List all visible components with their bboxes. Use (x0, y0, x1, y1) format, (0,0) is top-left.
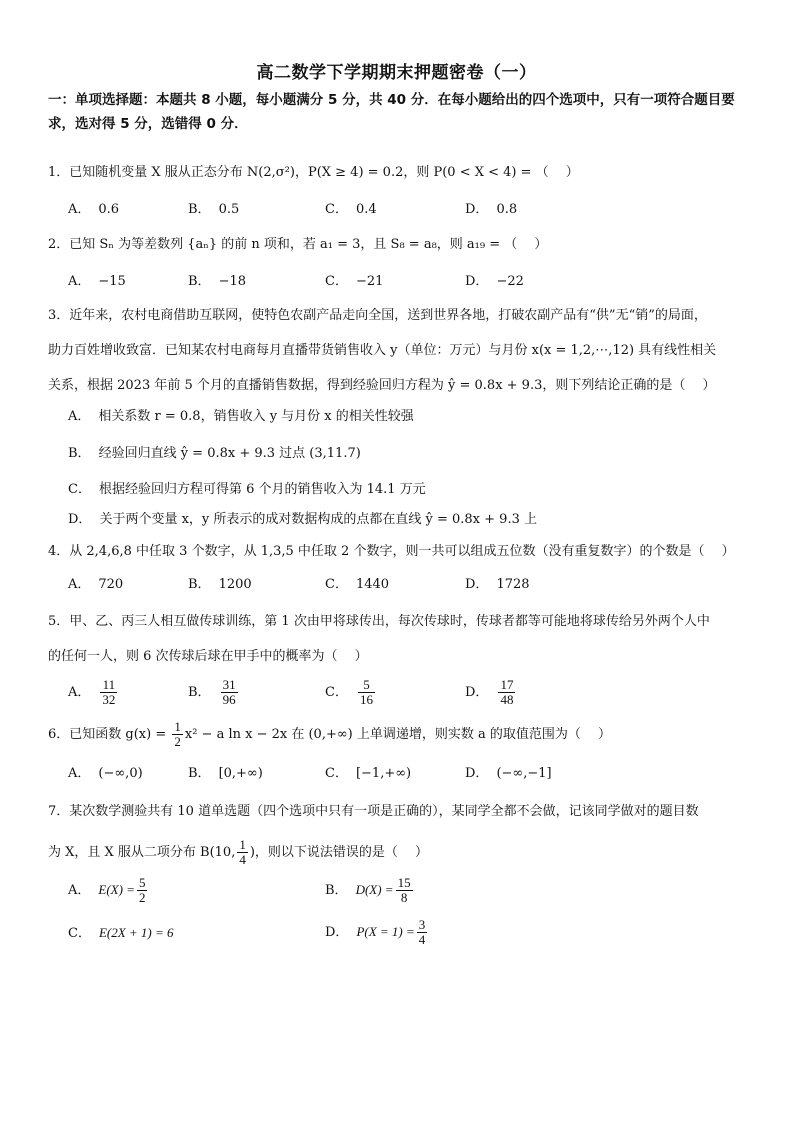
option-text: −22 (496, 274, 523, 289)
q5-option-b[interactable]: B．3196 (188, 678, 240, 707)
q6-option-a[interactable]: A．(−∞,0) (68, 764, 143, 784)
option-label: D． (465, 577, 488, 592)
fraction: 3196 (221, 678, 238, 707)
numerator: 5 (358, 678, 375, 693)
option-text: 1728 (496, 577, 529, 592)
fraction: 52 (137, 876, 148, 905)
q5-option-a[interactable]: A．1132 (68, 678, 119, 707)
option-text: 相关系数 r = 0.8，销售收入 y 与月份 x 的相关性较强 (98, 409, 413, 424)
fraction: 1132 (100, 678, 117, 707)
option-label: D． (68, 512, 91, 527)
denominator: 4 (237, 853, 248, 867)
question-number: 1． (48, 165, 69, 180)
q4-option-d[interactable]: D．1728 (465, 575, 530, 595)
option-text: (−∞,−1] (496, 766, 551, 781)
option-label: C． (325, 766, 348, 781)
q7-option-b[interactable]: B．D(X) =158 (325, 876, 415, 905)
option-label: B． (188, 685, 211, 700)
question-text: x² − a ln x − 2x 在 (0,+∞) 上单调递增，则实数 a 的取… (185, 727, 611, 742)
denominator: 2 (172, 735, 183, 749)
option-label: B． (68, 446, 91, 461)
option-label: A． (68, 274, 90, 289)
q7-option-c[interactable]: C．E(2X + 1) = 6 (68, 923, 174, 944)
question-text: 近年来，农村电商借助互联网，使特色农副产品走向全国，送到世界各地，打破农副产品有… (69, 308, 707, 323)
option-label: D． (465, 766, 488, 781)
numerator: 15 (396, 876, 413, 891)
option-text: −15 (98, 274, 125, 289)
option-text: 1200 (219, 577, 252, 592)
denominator: 2 (137, 891, 148, 905)
q7-option-d[interactable]: D．P(X = 1) =34 (325, 918, 429, 947)
question-text: 甲、乙、丙三人相互做传球训练，第 1 次由甲将球传出，每次传球时，传球者都等可能… (69, 614, 710, 629)
option-text: 1440 (356, 577, 389, 592)
q3-option-a[interactable]: A．相关系数 r = 0.8，销售收入 y 与月份 x 的相关性较强 (68, 407, 414, 427)
numerator: 11 (100, 678, 117, 693)
q1-option-a[interactable]: A．0.6 (68, 200, 119, 220)
numerator: 1 (172, 720, 183, 735)
option-text: P(X = 1) = (356, 924, 414, 939)
denominator: 16 (358, 693, 375, 707)
denominator: 48 (498, 693, 515, 707)
option-label: B． (188, 766, 211, 781)
option-label: B． (325, 883, 348, 898)
option-text: 关于两个变量 x，y 所表示的成对数据构成的点都在直线 ŷ = 0.8x + 9… (99, 512, 537, 527)
q3-option-b[interactable]: B．经验回归直线 ŷ = 0.8x + 9.3 过点 (3,11.7) (68, 444, 361, 464)
option-text: E(2X + 1) = 6 (99, 925, 174, 940)
option-text: (−∞,0) (98, 766, 142, 781)
question-number: 7． (48, 804, 69, 819)
option-label: D． (325, 925, 348, 940)
option-label: C． (325, 274, 348, 289)
exam-page: 高二数学下学期期末押题密卷（一） 一：单项选择题：本题共 8 小题，每小题满分 … (0, 0, 793, 1122)
option-text: [−1,+∞) (356, 766, 411, 781)
fraction: 34 (417, 918, 428, 947)
fraction: 1748 (498, 678, 515, 707)
option-label: A． (68, 766, 90, 781)
fraction: 14 (237, 838, 248, 867)
option-text: 0.5 (219, 202, 240, 217)
q4-option-c[interactable]: C．1440 (325, 575, 389, 595)
question-number: 2． (48, 237, 69, 252)
option-label: D． (465, 685, 488, 700)
option-text: 0.6 (98, 202, 119, 217)
q5-option-c[interactable]: C．516 (325, 678, 377, 707)
question-text: 从 2,4,6,8 中任取 3 个数字，从 1,3,5 中任取 2 个数字，则一… (69, 544, 734, 559)
option-label: A． (68, 202, 90, 217)
q3-option-d[interactable]: D．关于两个变量 x，y 所表示的成对数据构成的点都在直线 ŷ = 0.8x +… (68, 510, 537, 530)
option-label: A． (68, 883, 90, 898)
denominator: 96 (221, 693, 238, 707)
option-text: [0,+∞) (219, 766, 263, 781)
fraction: 12 (172, 720, 183, 749)
option-label: A． (68, 409, 90, 424)
denominator: 32 (100, 693, 117, 707)
option-label: B． (188, 274, 211, 289)
option-text: −21 (356, 274, 383, 289)
option-label: B． (188, 202, 211, 217)
fraction: 158 (396, 876, 413, 905)
question-5: 5．甲、乙、丙三人相互做传球训练，第 1 次由甲将球传出，每次传球时，传球者都等… (48, 612, 710, 632)
numerator: 17 (498, 678, 515, 693)
question-3: 3．近年来，农村电商借助互联网，使特色农副产品走向全国，送到世界各地，打破农副产… (48, 306, 707, 326)
q1-option-c[interactable]: C．0.4 (325, 200, 377, 220)
question-3-line-3: 关系，根据 2023 年前 5 个月的直播销售数据，得到经验回归方程为 ŷ = … (48, 376, 716, 396)
numerator: 1 (237, 838, 248, 853)
q2-option-b[interactable]: B．−18 (188, 272, 246, 292)
question-text: )，则以下说法错误的是（ ） (250, 845, 428, 860)
option-label: A． (68, 685, 90, 700)
question-text: 某次数学测验共有 10 道单选题（四个选项中只有一项是正确的），某同学全都不会做… (69, 804, 698, 819)
fraction: 516 (358, 678, 375, 707)
q2-option-c[interactable]: C．−21 (325, 272, 383, 292)
option-label: C． (325, 577, 348, 592)
question-2: 2．已知 Sₙ 为等差数列 {aₙ} 的前 n 项和，若 a₁ = 3，且 S₈… (48, 235, 547, 255)
numerator: 5 (137, 876, 148, 891)
option-text: 根据经验回归方程可得第 6 个月的销售收入为 14.1 万元 (99, 482, 426, 497)
option-text: −18 (219, 274, 246, 289)
denominator: 4 (417, 933, 428, 947)
q2-option-d[interactable]: D．−22 (465, 272, 524, 292)
question-5-line-2: 的任何一人，则 6 次传球后球在甲手中的概率为（ ） (48, 647, 368, 667)
q1-option-d[interactable]: D．0.8 (465, 200, 517, 220)
option-text: E(X) = (98, 882, 135, 897)
q6-option-b[interactable]: B．[0,+∞) (188, 764, 263, 784)
numerator: 31 (221, 678, 238, 693)
question-3-line-2: 助力百姓增收致富．已知某农村电商每月直播带货销售收入 y（单位：万元）与月份 x… (48, 341, 716, 361)
option-text: 0.4 (356, 202, 377, 217)
q2-option-a[interactable]: A．−15 (68, 272, 126, 292)
q6-option-d[interactable]: D．(−∞,−1] (465, 764, 552, 784)
q5-option-d[interactable]: D．1748 (465, 678, 517, 707)
question-7-line-2: 为 X，且 X 服从二项分布 B(10,14)，则以下说法错误的是（ ） (48, 838, 428, 867)
option-label: B． (188, 577, 211, 592)
question-4: 4．从 2,4,6,8 中任取 3 个数字，从 1,3,5 中任取 2 个数字，… (48, 542, 735, 562)
option-label: D． (465, 274, 488, 289)
option-label: C． (68, 482, 91, 497)
question-number: 3． (48, 308, 69, 323)
option-text: D(X) = (356, 882, 394, 897)
question-text: 已知随机变量 X 服从正态分布 N(2,σ²)，P(X ≥ 4) = 0.2，则… (69, 165, 579, 180)
q4-option-a[interactable]: A．720 (68, 575, 123, 595)
option-label: C． (325, 685, 348, 700)
option-text: 0.8 (496, 202, 517, 217)
denominator: 8 (396, 891, 413, 905)
question-text: 已知函数 g(x) = (69, 727, 170, 742)
option-text: 720 (98, 577, 123, 592)
option-text: 经验回归直线 ŷ = 0.8x + 9.3 过点 (3,11.7) (99, 446, 361, 461)
option-label: C． (68, 926, 91, 941)
question-6: 6．已知函数 g(x) = 12x² − a ln x − 2x 在 (0,+∞… (48, 720, 611, 749)
q4-option-b[interactable]: B．1200 (188, 575, 252, 595)
section-heading: 一：单项选择题：本题共 8 小题，每小题满分 5 分，共 40 分．在每小题给出… (48, 88, 753, 136)
option-label: A． (68, 577, 90, 592)
question-number: 6． (48, 727, 69, 742)
question-text: 为 X，且 X 服从二项分布 B(10, (48, 845, 235, 860)
q7-option-a[interactable]: A．E(X) =52 (68, 876, 149, 905)
question-number: 5． (48, 614, 69, 629)
option-label: D． (465, 202, 488, 217)
question-number: 4． (48, 544, 69, 559)
question-1: 1．已知随机变量 X 服从正态分布 N(2,σ²)，P(X ≥ 4) = 0.2… (48, 163, 579, 183)
q1-option-b[interactable]: B．0.5 (188, 200, 239, 220)
question-text: 已知 Sₙ 为等差数列 {aₙ} 的前 n 项和，若 a₁ = 3，且 S₈ =… (69, 237, 547, 252)
q6-option-c[interactable]: C．[−1,+∞) (325, 764, 411, 784)
q3-option-c[interactable]: C．根据经验回归方程可得第 6 个月的销售收入为 14.1 万元 (68, 480, 426, 500)
question-7: 7．某次数学测验共有 10 道单选题（四个选项中只有一项是正确的），某同学全都不… (48, 802, 699, 822)
exam-title: 高二数学下学期期末押题密卷（一） (0, 58, 793, 83)
numerator: 3 (417, 918, 428, 933)
option-label: C． (325, 202, 348, 217)
